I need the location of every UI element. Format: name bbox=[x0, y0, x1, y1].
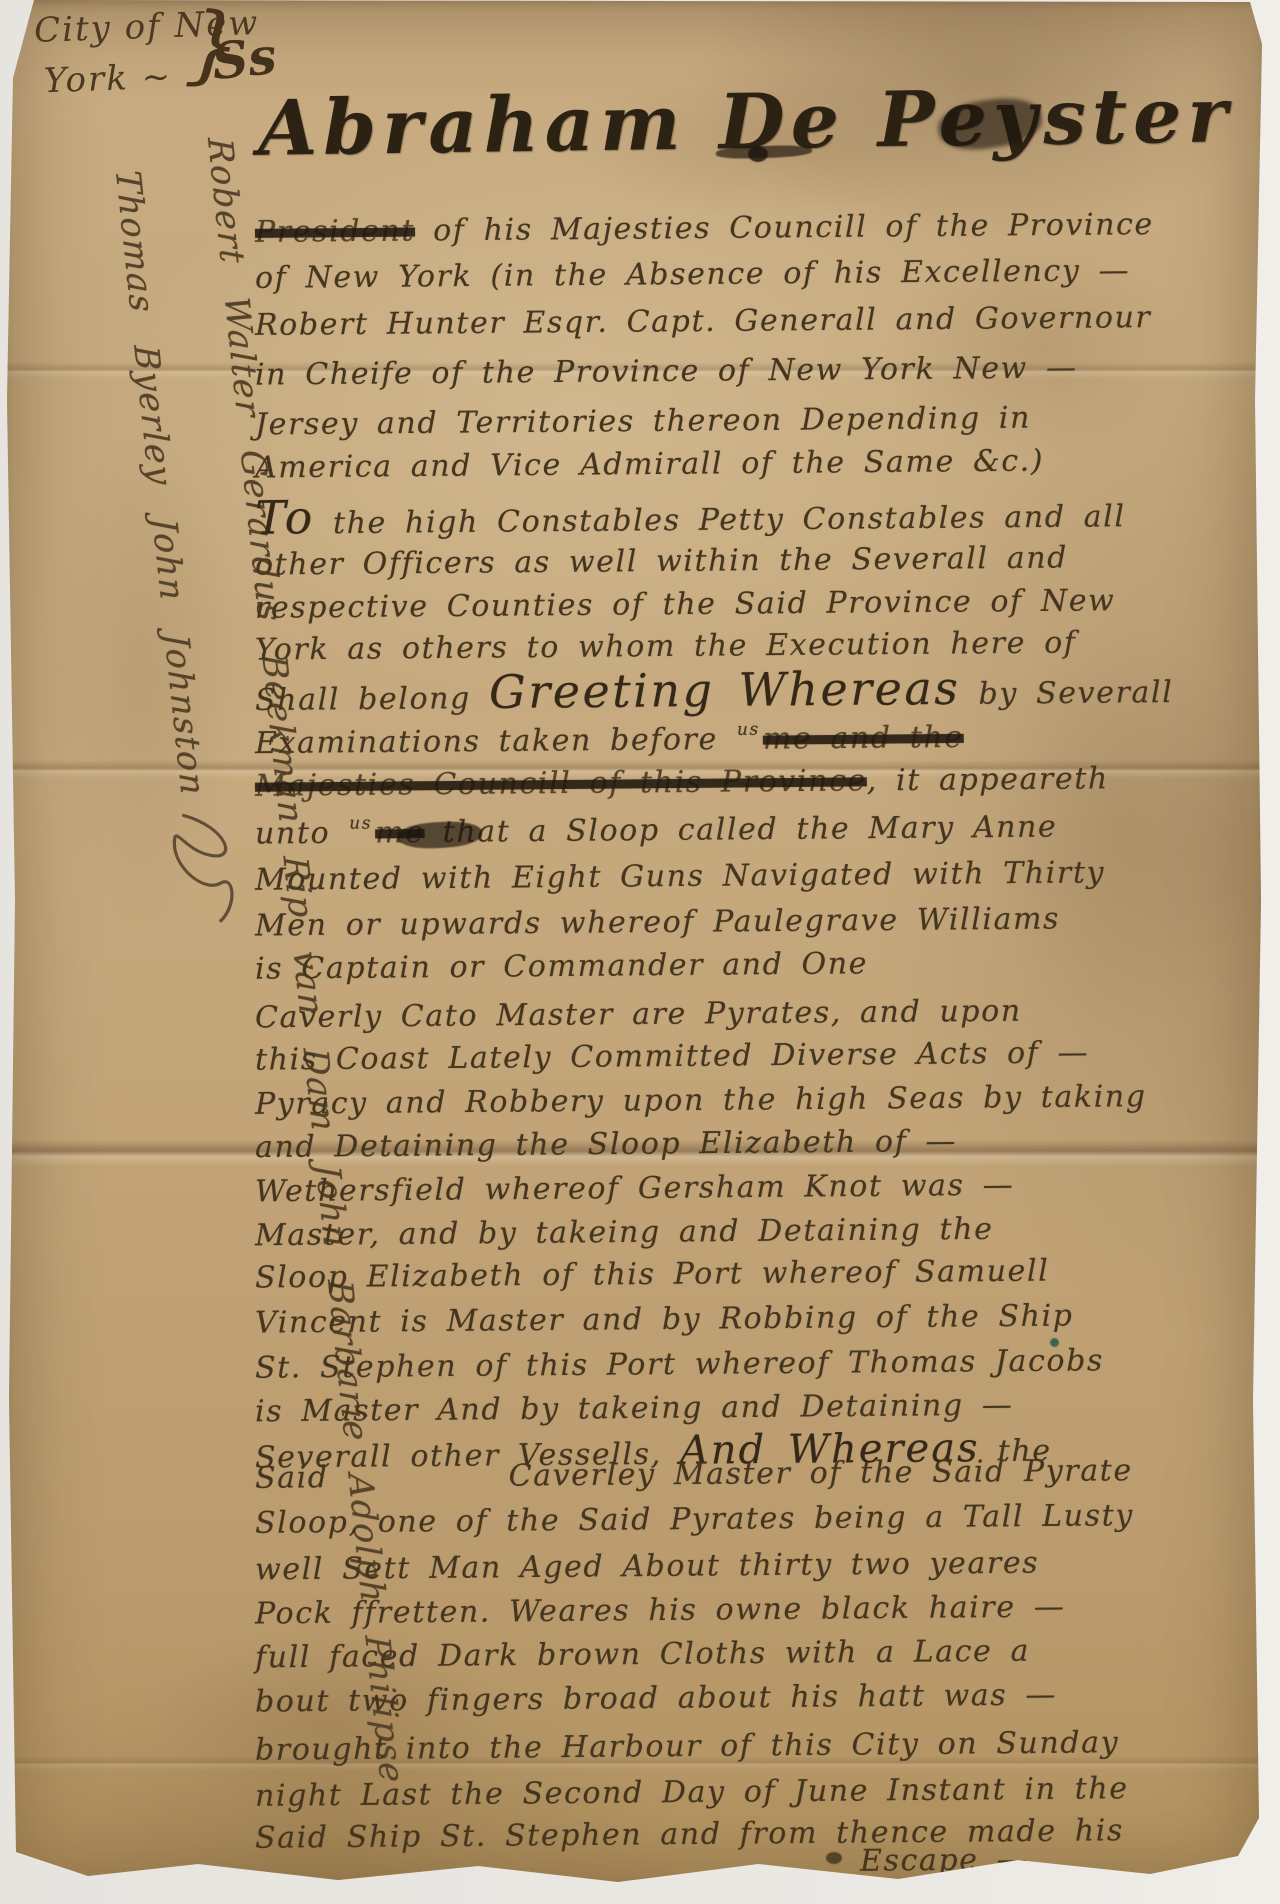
ss-legal-mark: Ss bbox=[210, 31, 279, 87]
manuscript-line: Pock ffretten. Weares his owne black hai… bbox=[255, 1590, 1066, 1632]
line-text: of New York (in the Absence of his Excel… bbox=[255, 253, 1130, 296]
manuscript-line: Vincent is Master and by Robbing of the … bbox=[255, 1299, 1074, 1341]
struck-text: me and the bbox=[763, 720, 964, 757]
manuscript-page: City of New York ~ } Ss Abraham De Peyst… bbox=[0, 0, 1268, 1890]
line-text: , it appeareth bbox=[867, 761, 1109, 798]
line-text: of his Majesties Councill of the Provinc… bbox=[415, 207, 1154, 248]
manuscript-line: of New York (in the Absence of his Excel… bbox=[255, 254, 1130, 296]
line-text: in Cheife of the Province of New York Ne… bbox=[255, 350, 1078, 392]
line-text: Sloop, one of the Said Pyrates being a T… bbox=[255, 1498, 1134, 1541]
line-text: Sloop Elizabeth of this Port whereof Sam… bbox=[255, 1254, 1050, 1296]
line-text: that a Sloop called the Mary Anne bbox=[424, 809, 1057, 850]
line-text: St. Stephen of this Port whereof Thomas … bbox=[255, 1343, 1104, 1385]
line-text: Wethersfield whereof Gersham Knot was — bbox=[255, 1168, 1015, 1210]
manuscript-line: Men or upwards whereof Paulegrave Willia… bbox=[255, 902, 1060, 944]
line-text: respective Counties of the Said Province… bbox=[255, 583, 1116, 626]
line-text-large: To bbox=[255, 490, 315, 545]
manuscript-line: Escape — bbox=[860, 1843, 1029, 1879]
line-text: Caverley Master of the Said Pyrate bbox=[508, 1453, 1132, 1493]
line-text: is Master And by takeing and Detaining — bbox=[255, 1388, 1014, 1430]
manuscript-line: Master, and by takeing and Detaining the bbox=[255, 1213, 994, 1254]
manuscript-line: night Last the Second Day of June Instan… bbox=[255, 1772, 1129, 1814]
line-text: Pyracy and Robbery upon the high Seas by… bbox=[255, 1079, 1147, 1122]
line-text-large: Greeting Whereas bbox=[489, 661, 961, 719]
manuscript-line: To the high Constables Petty Constables … bbox=[255, 484, 1126, 544]
line-text: Escape — bbox=[860, 1842, 1029, 1878]
line-text: Robert Hunter Esqr. Capt. Generall and G… bbox=[255, 300, 1152, 343]
manuscript-line: unto usme that a Sloop called the Mary A… bbox=[255, 808, 1058, 852]
manuscript-line: and Detaining the Sloop Elizabeth of — bbox=[255, 1125, 957, 1166]
paraph-flourish-icon bbox=[159, 810, 248, 929]
margin-names-inner-text: Thomas Byerley John Johnston bbox=[107, 170, 213, 796]
manuscript-line: St. Stephen of this Port whereof Thomas … bbox=[255, 1344, 1104, 1386]
struck-text: President bbox=[255, 214, 415, 250]
manuscript-line: Jersey and Territories thereon Depending… bbox=[255, 402, 1031, 443]
line-text: full faced Dark brown Cloths with a Lace… bbox=[255, 1634, 1030, 1676]
manuscript-line: Sloop, one of the Said Pyrates being a T… bbox=[255, 1499, 1134, 1541]
line-text: by Severall bbox=[960, 675, 1173, 712]
manuscript-line: full faced Dark brown Cloths with a Lace… bbox=[255, 1635, 1030, 1676]
manuscript-line: in Cheife of the Province of New York Ne… bbox=[255, 351, 1078, 393]
line-text: Caverly Cato Master are Pyrates, and upo… bbox=[255, 994, 1022, 1036]
manuscript-line: America and Vice Admirall of the Same &c… bbox=[255, 445, 1044, 486]
line-text: America and Vice Admirall of the Same &c… bbox=[255, 444, 1044, 486]
manuscript-line: Caverly Cato Master are Pyrates, and upo… bbox=[255, 995, 1022, 1036]
line-text: Examinations taken before bbox=[255, 722, 736, 761]
line-text: Pock ffretten. Weares his owne black hai… bbox=[255, 1589, 1066, 1631]
line-text: well Sett Man Aged About thirty two year… bbox=[255, 1546, 1040, 1588]
line-text: other Officers as well within the Severa… bbox=[255, 540, 1068, 582]
struck-text: me bbox=[375, 815, 425, 850]
inserted-word: us bbox=[737, 720, 760, 740]
line-text: and Detaining the Sloop Elizabeth of — bbox=[255, 1124, 957, 1165]
manuscript-line: Mounted with Eight Guns Navigated with T… bbox=[255, 856, 1105, 898]
line-text: Said bbox=[255, 1460, 329, 1496]
ink-blot bbox=[826, 1852, 842, 1864]
manuscript-line: bout two fingers broad about his hatt wa… bbox=[255, 1679, 1057, 1720]
line-text: Master, and by takeing and Detaining the bbox=[255, 1212, 994, 1253]
line-text: night Last the Second Day of June Instan… bbox=[255, 1771, 1129, 1814]
line-text: this Coast Lately Committed Diverse Acts… bbox=[255, 1035, 1089, 1077]
line-text: Vincent is Master and by Robbing of the … bbox=[255, 1298, 1074, 1340]
manuscript-line: Examinations taken before usme and the bbox=[255, 719, 964, 762]
document-scan: City of New York ~ } Ss Abraham De Peyst… bbox=[0, 0, 1280, 1904]
line-text: Men or upwards whereof Paulegrave Willia… bbox=[255, 901, 1060, 943]
manuscript-line: respective Counties of the Said Province… bbox=[255, 584, 1116, 626]
manuscript-line: other Officers as well within the Severa… bbox=[255, 541, 1068, 583]
manuscript-line: Pyracy and Robbery upon the high Seas by… bbox=[255, 1080, 1147, 1122]
line-text: unto bbox=[255, 816, 349, 852]
line-text: the high Constables Petty Constables and… bbox=[315, 499, 1126, 541]
manuscript-line: brought into the Harbour of this City on… bbox=[255, 1726, 1119, 1768]
struck-text: Majesties Councill of this Province bbox=[255, 763, 867, 803]
manuscript-line: Sloop Elizabeth of this Port whereof Sam… bbox=[255, 1255, 1050, 1296]
line-text: Jersey and Territories thereon Depending… bbox=[255, 401, 1031, 443]
line-text: Shall belong bbox=[255, 681, 489, 718]
page-title: Abraham De Peyster bbox=[258, 77, 1234, 167]
inserted-word: us bbox=[349, 813, 372, 833]
manuscript-line: Robert Hunter Esqr. Capt. Generall and G… bbox=[255, 301, 1152, 343]
manuscript-line: is Captain or Commander and One bbox=[255, 947, 868, 987]
manuscript-line: Wethersfield whereof Gersham Knot was — bbox=[255, 1169, 1015, 1210]
manuscript-line: well Sett Man Aged About thirty two year… bbox=[255, 1547, 1040, 1588]
line-text: brought into the Harbour of this City on… bbox=[255, 1725, 1119, 1768]
place-heading-line2: York ~ bbox=[43, 60, 172, 98]
line-text: Mounted with Eight Guns Navigated with T… bbox=[255, 855, 1105, 897]
manuscript-line: is Master And by takeing and Detaining — bbox=[255, 1389, 1014, 1430]
manuscript-line: SaidCaverley Master of the Said Pyrate bbox=[255, 1454, 1133, 1496]
line-text: is Captain or Commander and One bbox=[255, 946, 868, 986]
manuscript-line: this Coast Lately Committed Diverse Acts… bbox=[255, 1036, 1089, 1078]
manuscript-line: Shall belong Greeting Whereas by Several… bbox=[255, 660, 1174, 721]
manuscript-line: President of his Majesties Councill of t… bbox=[255, 208, 1154, 250]
manuscript-line: Majesties Councill of this Province, it … bbox=[255, 762, 1109, 804]
line-text: bout two fingers broad about his hatt wa… bbox=[255, 1678, 1057, 1720]
